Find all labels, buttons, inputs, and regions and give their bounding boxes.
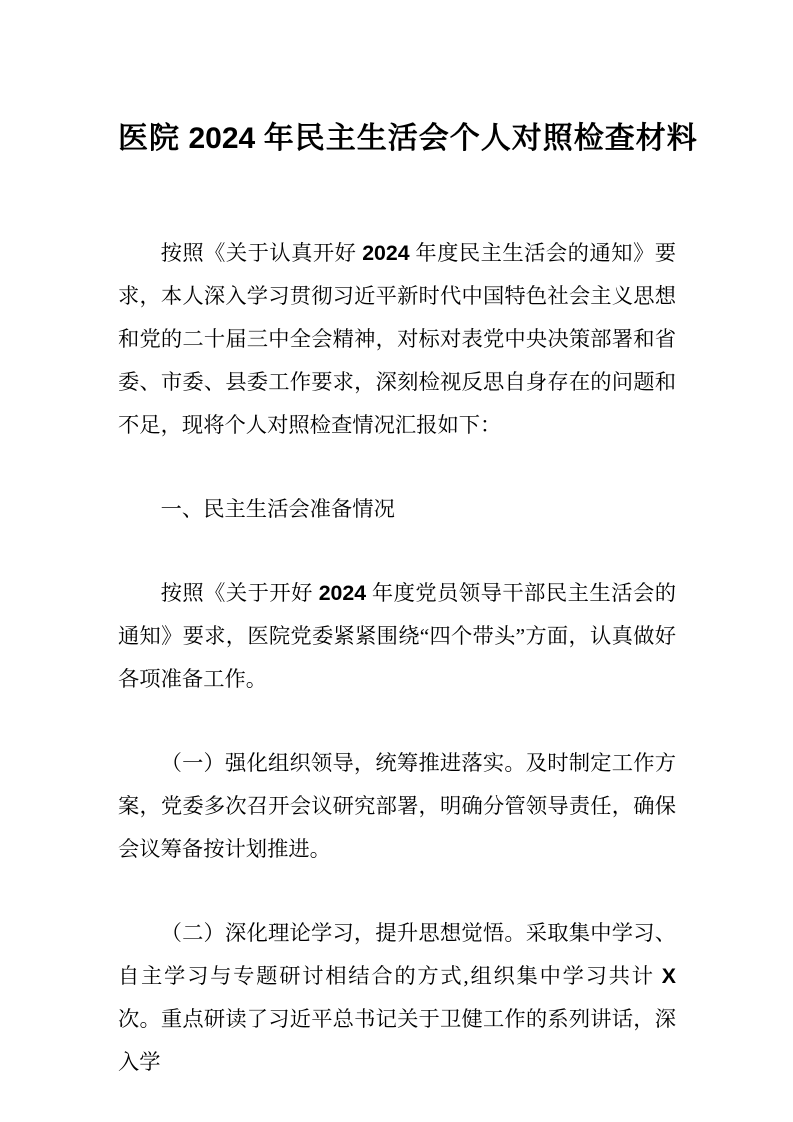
document-body: 按照《关于认真开好 2024 年度民主生活会的通知》要求，本人深入学习贯彻习近平… [118, 232, 676, 1084]
document-title: 医院 2024 年民主生活会个人对照检查材料 [118, 116, 676, 162]
latin-text-run: 2024 [189, 122, 256, 155]
section-heading: 一、民主生活会准备情况 [118, 488, 676, 531]
latin-text-run: 2024 [362, 241, 409, 265]
paragraph: （一）强化组织领导，统筹推进落实。及时制定工作方案，党委多次召开会议研究部署，明… [118, 742, 676, 871]
document-page: 医院 2024 年民主生活会个人对照检查材料 按照《关于认真开好 2024 年度… [0, 0, 793, 1122]
paragraph: 按照《关于认真开好 2024 年度民主生活会的通知》要求，本人深入学习贯彻习近平… [118, 232, 676, 447]
paragraph: （二）深化理论学习，提升思想觉悟。采取集中学习、自主学习与专题研讨相结合的方式,… [118, 912, 676, 1084]
latin-text-run: X [662, 964, 676, 988]
paragraph: 按照《关于开好 2024 年度党员领导干部民主生活会的通知》要求，医院党委紧紧围… [118, 572, 676, 701]
latin-text-run: 2024 [319, 581, 366, 605]
